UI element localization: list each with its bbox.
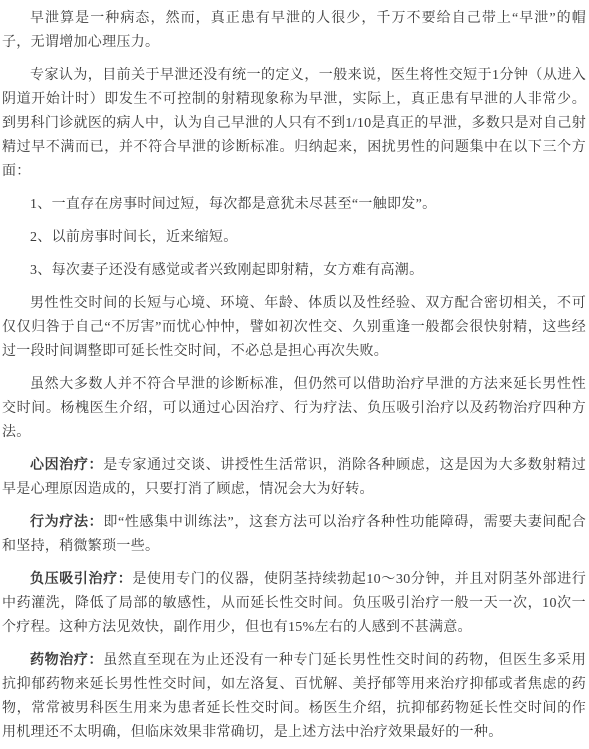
paragraph-lead-psychogenic: 心因治疗： [30,458,103,473]
paragraph-text: 男性性交时间的长短与心境、环境、年龄、体质以及性经验、双方配合密切相关，不可仅仅… [2,296,586,359]
paragraph-text: 专家认为，目前关于早泄还没有统一的定义，一般来说，医生将性交短于1分钟（从进入阴… [2,68,586,179]
paragraph-definition: 专家认为，目前关于早泄还没有统一的定义，一般来说，医生将性交短于1分钟（从进入阴… [2,64,586,184]
list-item-1: 1、一直存在房事时间过短，每次都是意犹未尽甚至“一触即发”。 [2,193,586,217]
paragraph-text: 2、以前房事时间长，近来缩短。 [30,230,238,245]
paragraph-factors: 男性性交时间的长短与心境、环境、年龄、体质以及性经验、双方配合密切相关，不可仅仅… [2,292,586,364]
article-body: 早泄算是一种病态，然而，真正患有早泄的人很少，千万不要给自己带上“早泄”的帽子，… [2,7,586,745]
paragraph-vacuum-therapy: 负压吸引治疗：是使用专门的仪器，使阴茎持续勃起10～30分钟，并且对阴茎外部进行… [2,568,586,640]
paragraph-psychogenic-therapy: 心因治疗：是专家通过交谈、讲授性生活常识，消除各种顾虑，这是因为大多数射精过早是… [2,454,586,502]
paragraph-text: 早泄算是一种病态，然而，真正患有早泄的人很少，千万不要给自己带上“早泄”的帽子，… [2,11,586,50]
list-item-2: 2、以前房事时间长，近来缩短。 [2,226,586,250]
paragraph-treatments-overview: 虽然大多数人并不符合早泄的诊断标准，但仍然可以借助治疗早泄的方法来延长男性性交时… [2,373,586,445]
paragraph-lead-vacuum: 负压吸引治疗： [30,572,132,587]
paragraph-drug-therapy: 药物治疗：虽然直至现在为止还没有一种专门延长男性性交时间的药物，但医生多采用抗抑… [2,649,586,745]
paragraph-text: 虽然大多数人并不符合早泄的诊断标准，但仍然可以借助治疗早泄的方法来延长男性性交时… [2,377,586,440]
paragraph-text: 1、一直存在房事时间过短，每次都是意犹未尽甚至“一触即发”。 [30,197,436,212]
list-item-3: 3、每次妻子还没有感觉或者兴致刚起即射精，女方难有高潮。 [2,259,586,283]
paragraph-text: 3、每次妻子还没有感觉或者兴致刚起即射精，女方难有高潮。 [30,263,423,278]
paragraph-behavior-therapy: 行为疗法：即“性感集中训练法”，这套方法可以治疗各种性功能障碍，需要夫妻间配合和… [2,511,586,559]
paragraph-lead-drug: 药物治疗： [30,653,103,668]
paragraph-intro: 早泄算是一种病态，然而，真正患有早泄的人很少，千万不要给自己带上“早泄”的帽子，… [2,7,586,55]
paragraph-lead-behavior: 行为疗法： [30,515,103,530]
